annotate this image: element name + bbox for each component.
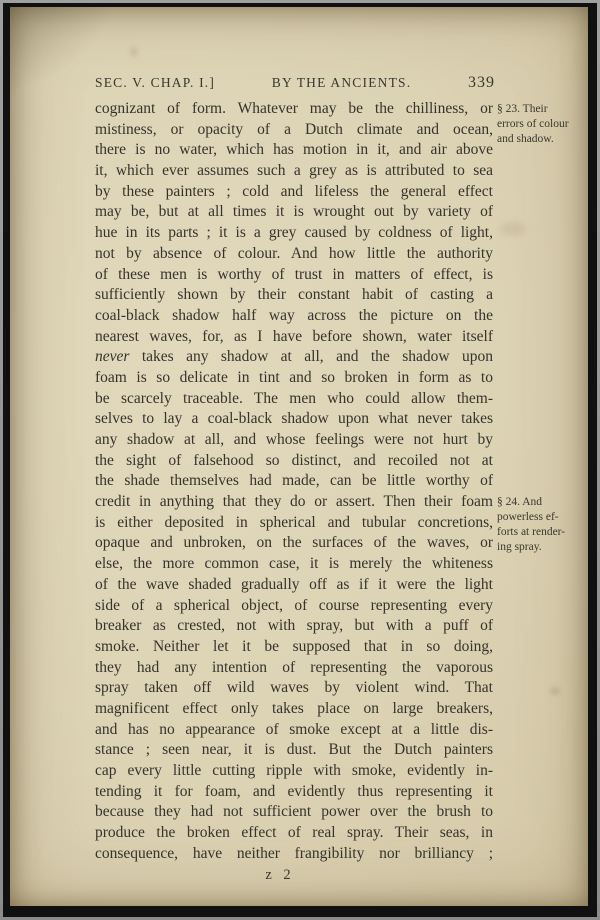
- body-line: side of a spherical object, of course re…: [95, 596, 493, 617]
- body-line: cap every little cutting ripple with smo…: [95, 761, 493, 782]
- body-line: it, which ever assumes such a grey as is…: [95, 161, 493, 182]
- body-line: they had any intention of representing t…: [95, 658, 493, 679]
- printer-signature: z 2: [95, 867, 465, 884]
- body-line: smoke. Neither let it be supposed that i…: [95, 637, 493, 658]
- body-line: magnificent effect only takes place on l…: [95, 699, 493, 720]
- margin-note-line: § 24. And: [497, 495, 588, 510]
- body-line: of these men is worthy of trust in matte…: [95, 265, 493, 286]
- body-line: sufficiently shown by their constant hab…: [95, 285, 493, 306]
- body-line: cognizant of form. Whatever may be the c…: [95, 99, 493, 120]
- body-line: never takes any shadow at all, and the s…: [95, 347, 493, 368]
- body-line: any shadow at all, and whose feelings we…: [95, 430, 493, 451]
- body-line: the shade themselves had made, can be li…: [95, 471, 493, 492]
- body-line: the sight of falsehood so distinct, and …: [95, 451, 493, 472]
- page-number: 339: [468, 74, 495, 92]
- book-page: SEC. V. CHAP. I.] BY THE ANCIENTS. 339 c…: [10, 7, 588, 906]
- running-header: SEC. V. CHAP. I.] BY THE ANCIENTS. 339: [95, 74, 495, 92]
- body-line: consequence, have neither frangibility n…: [95, 844, 493, 865]
- body-line: else, the more common case, it is merely…: [95, 554, 493, 575]
- body-line: foam is so delicate in tint and so broke…: [95, 368, 493, 389]
- body-line: hue in its parts ; it is a grey caused b…: [95, 223, 493, 244]
- body-line: breaker as crested, not with spray, but …: [95, 616, 493, 637]
- body-line: tending it for foam, and evidently thus …: [95, 782, 493, 803]
- margin-note-line: § 23. Their: [497, 102, 588, 117]
- body-line: selves to lay a coal-black shadow upon w…: [95, 409, 493, 430]
- margin-note-line: powerless ef-: [497, 510, 588, 525]
- body-line: because they had not sufficient power ov…: [95, 802, 493, 823]
- margin-note: § 24. Andpowerless ef-forts at render-in…: [497, 495, 588, 555]
- body-line: nearest waves, for, as I have before sho…: [95, 327, 493, 348]
- body-line: stance ; seen near, it is dust. But the …: [95, 740, 493, 761]
- body-line: by these painters ; cold and lifeless th…: [95, 182, 493, 203]
- margin-note-line: errors of colour: [497, 117, 588, 132]
- margin-note: § 23. Theirerrors of colourand shadow.: [497, 102, 588, 147]
- body-line: produce the broken effect of real spray.…: [95, 823, 493, 844]
- paper-stain: [550, 687, 560, 695]
- margin-note-line: ing spray.: [497, 540, 588, 555]
- body-line: may be, but at all times it is wrought o…: [95, 202, 493, 223]
- running-title: BY THE ANCIENTS.: [215, 75, 468, 91]
- body-line: there is no water, which has motion in i…: [95, 140, 493, 161]
- body-text: cognizant of form. Whatever may be the c…: [95, 99, 493, 864]
- scan-frame: SEC. V. CHAP. I.] BY THE ANCIENTS. 339 c…: [0, 0, 600, 920]
- body-line: opaque and unbroken, on the surfaces of …: [95, 533, 493, 554]
- body-line: coal-black shadow half way across the pi…: [95, 306, 493, 327]
- section-chapter-label: SEC. V. CHAP. I.]: [95, 75, 215, 91]
- body-line: credit in anything that they do or asser…: [95, 492, 493, 513]
- body-line: mistiness, or opacity of a Dutch climate…: [95, 120, 493, 141]
- paper-stain: [500, 222, 526, 236]
- body-line: spray taken off wild waves by violent wi…: [95, 678, 493, 699]
- body-line: is either deposited in spherical and tub…: [95, 513, 493, 534]
- paper-stain: [130, 47, 138, 57]
- body-line: be scarcely traceable. The men who could…: [95, 389, 493, 410]
- page-border: SEC. V. CHAP. I.] BY THE ANCIENTS. 339 c…: [3, 3, 597, 917]
- margin-note-line: forts at render-: [497, 525, 588, 540]
- body-line: of the wave shaded gradually off as if i…: [95, 575, 493, 596]
- body-line: not by absence of colour. And how little…: [95, 244, 493, 265]
- body-line: and has no appearance of smoke except at…: [95, 720, 493, 741]
- margin-note-line: and shadow.: [497, 132, 588, 147]
